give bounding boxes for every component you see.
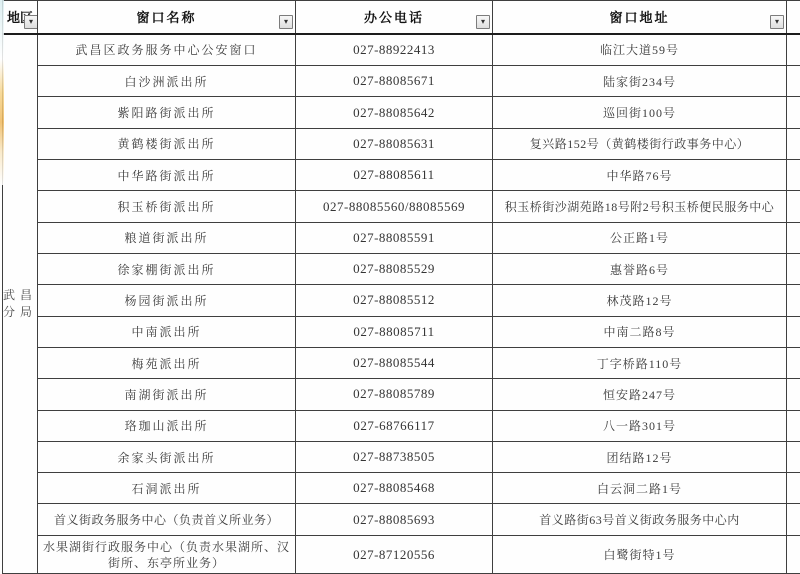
- header-office-phone-label: 办公电话: [364, 10, 424, 25]
- table-row: 余家头街派出所 027-88738505 团结路12号: [3, 441, 800, 472]
- cell-office-phone: 027-88085611: [296, 160, 493, 191]
- header-office-phone: 办公电话 ▾: [296, 1, 493, 34]
- table-row: 中华路街派出所 027-88085611 中华路76号: [3, 160, 800, 191]
- stub-cell: [787, 34, 800, 66]
- cell-window-name: 紫阳路街派出所: [38, 97, 296, 128]
- cell-office-phone: 027-88085789: [296, 379, 493, 410]
- cell-window-address: 陆家街234号: [493, 66, 787, 97]
- cell-window-name: 黄鹤楼街派出所: [38, 128, 296, 159]
- table-row: 徐家棚街派出所 027-88085529 惠誉路6号: [3, 253, 800, 284]
- cell-office-phone: 027-88085671: [296, 66, 493, 97]
- table-row: 梅苑派出所 027-88085544 丁字桥路110号: [3, 347, 800, 378]
- table-row: 积玉桥街派出所 027-88085560/88085569 积玉桥街沙湖苑路18…: [3, 191, 800, 222]
- cell-window-address: 中南二路8号: [493, 316, 787, 347]
- cell-window-address: 中华路76号: [493, 160, 787, 191]
- header-stub-cell: [787, 1, 800, 34]
- table-row: 南湖街派出所 027-88085789 恒安路247号: [3, 379, 800, 410]
- cell-office-phone: 027-88085642: [296, 97, 493, 128]
- scan-edge-artifact: [0, 0, 4, 185]
- stub-cell: [787, 253, 800, 284]
- cell-window-name: 余家头街派出所: [38, 441, 296, 472]
- region-merged-cell: 武昌 分局: [3, 34, 38, 574]
- cell-office-phone: 027-88085693: [296, 504, 493, 536]
- cell-window-address: 白云洞二路1号: [493, 473, 787, 504]
- stub-cell: [787, 441, 800, 472]
- table-row: 杨园街派出所 027-88085512 林茂路12号: [3, 285, 800, 316]
- cell-window-name: 武昌区政务服务中心公安窗口: [38, 34, 296, 66]
- cell-window-address: 白鹭街特1号: [493, 536, 787, 574]
- table-row: 黄鹤楼街派出所 027-88085631 复兴路152号（黄鹤楼街行政事务中心）: [3, 128, 800, 159]
- cell-window-address: 恒安路247号: [493, 379, 787, 410]
- cell-office-phone: 027-88085468: [296, 473, 493, 504]
- table-row: 珞珈山派出所 027-68766117 八一路301号: [3, 410, 800, 441]
- cell-window-address: 公正路1号: [493, 222, 787, 253]
- cell-window-name: 粮道街派出所: [38, 222, 296, 253]
- header-window-name-label: 窗口名称: [136, 10, 196, 25]
- cell-office-phone: 027-68766117: [296, 410, 493, 441]
- cell-window-name: 徐家棚街派出所: [38, 253, 296, 284]
- stub-cell: [787, 316, 800, 347]
- stub-cell: [787, 285, 800, 316]
- cell-window-name: 白沙洲派出所: [38, 66, 296, 97]
- cell-window-name: 水果湖街行政服务中心（负责水果湖所、汉街所、东亭所业务）: [38, 536, 296, 574]
- spreadsheet-table-view: 地区 ▾ 窗口名称 ▾ 办公电话 ▾ 窗口地址 ▾: [0, 0, 800, 574]
- cell-window-address: 巡回街100号: [493, 97, 787, 128]
- cell-window-name: 杨园街派出所: [38, 285, 296, 316]
- table-row: 粮道街派出所 027-88085591 公正路1号: [3, 222, 800, 253]
- region-line1: 武昌: [3, 288, 37, 302]
- cell-office-phone: 027-88085631: [296, 128, 493, 159]
- stub-cell: [787, 160, 800, 191]
- header-window-address: 窗口地址 ▾: [493, 1, 787, 34]
- stub-cell: [787, 473, 800, 504]
- cell-window-address: 复兴路152号（黄鹤楼街行政事务中心）: [493, 128, 787, 159]
- stub-cell: [787, 222, 800, 253]
- filter-dropdown-icon[interactable]: ▾: [279, 15, 293, 29]
- stub-cell: [787, 97, 800, 128]
- cell-window-address: 八一路301号: [493, 410, 787, 441]
- cell-window-name: 珞珈山派出所: [38, 410, 296, 441]
- table-row: 中南派出所 027-88085711 中南二路8号: [3, 316, 800, 347]
- cell-window-name: 积玉桥街派出所: [38, 191, 296, 222]
- header-window-address-label: 窗口地址: [609, 10, 669, 25]
- cell-office-phone: 027-87120556: [296, 536, 493, 574]
- cell-window-address: 团结路12号: [493, 441, 787, 472]
- filter-dropdown-icon[interactable]: ▾: [476, 15, 490, 29]
- stub-cell: [787, 379, 800, 410]
- stub-cell: [787, 536, 800, 574]
- cell-window-name: 中南派出所: [38, 316, 296, 347]
- stub-cell: [787, 191, 800, 222]
- cell-window-name: 石洞派出所: [38, 473, 296, 504]
- cell-window-name: 中华路街派出所: [38, 160, 296, 191]
- cell-window-name: 南湖街派出所: [38, 379, 296, 410]
- cell-office-phone: 027-88085544: [296, 347, 493, 378]
- cell-office-phone: 027-88922413: [296, 34, 493, 66]
- table-row: 石洞派出所 027-88085468 白云洞二路1号: [3, 473, 800, 504]
- cell-window-address: 临江大道59号: [493, 34, 787, 66]
- cell-office-phone: 027-88085512: [296, 285, 493, 316]
- stub-cell: [787, 128, 800, 159]
- police-window-table: 地区 ▾ 窗口名称 ▾ 办公电话 ▾ 窗口地址 ▾: [2, 0, 800, 574]
- cell-office-phone: 027-88085529: [296, 253, 493, 284]
- filter-dropdown-icon[interactable]: ▾: [24, 15, 38, 29]
- stub-cell: [787, 347, 800, 378]
- header-window-name: 窗口名称 ▾: [38, 1, 296, 34]
- header-region: 地区 ▾: [3, 1, 38, 34]
- table-row: 紫阳路街派出所 027-88085642 巡回街100号: [3, 97, 800, 128]
- cell-office-phone: 027-88085560/88085569: [296, 191, 493, 222]
- cell-window-address: 丁字桥路110号: [493, 347, 787, 378]
- table-row: 首义街政务服务中心（负责首义所业务） 027-88085693 首义路街63号首…: [3, 504, 800, 536]
- cell-office-phone: 027-88085591: [296, 222, 493, 253]
- stub-cell: [787, 66, 800, 97]
- cell-window-address: 首义路街63号首义街政务服务中心内: [493, 504, 787, 536]
- stub-cell: [787, 410, 800, 441]
- cell-window-address: 惠誉路6号: [493, 253, 787, 284]
- cell-window-address: 林茂路12号: [493, 285, 787, 316]
- region-line2: 分局: [3, 305, 37, 319]
- filter-dropdown-icon[interactable]: ▾: [770, 15, 784, 29]
- cell-window-name: 首义街政务服务中心（负责首义所业务）: [38, 504, 296, 536]
- header-row: 地区 ▾ 窗口名称 ▾ 办公电话 ▾ 窗口地址 ▾: [3, 1, 800, 34]
- table-row: 武昌 分局 武昌区政务服务中心公安窗口 027-88922413 临江大道59号: [3, 34, 800, 66]
- stub-cell: [787, 504, 800, 536]
- table-row: 水果湖街行政服务中心（负责水果湖所、汉街所、东亭所业务） 027-8712055…: [3, 536, 800, 574]
- cell-window-address: 积玉桥街沙湖苑路18号附2号积玉桥便民服务中心: [493, 191, 787, 222]
- cell-office-phone: 027-88738505: [296, 441, 493, 472]
- cell-window-name: 梅苑派出所: [38, 347, 296, 378]
- cell-office-phone: 027-88085711: [296, 316, 493, 347]
- table-row: 白沙洲派出所 027-88085671 陆家街234号: [3, 66, 800, 97]
